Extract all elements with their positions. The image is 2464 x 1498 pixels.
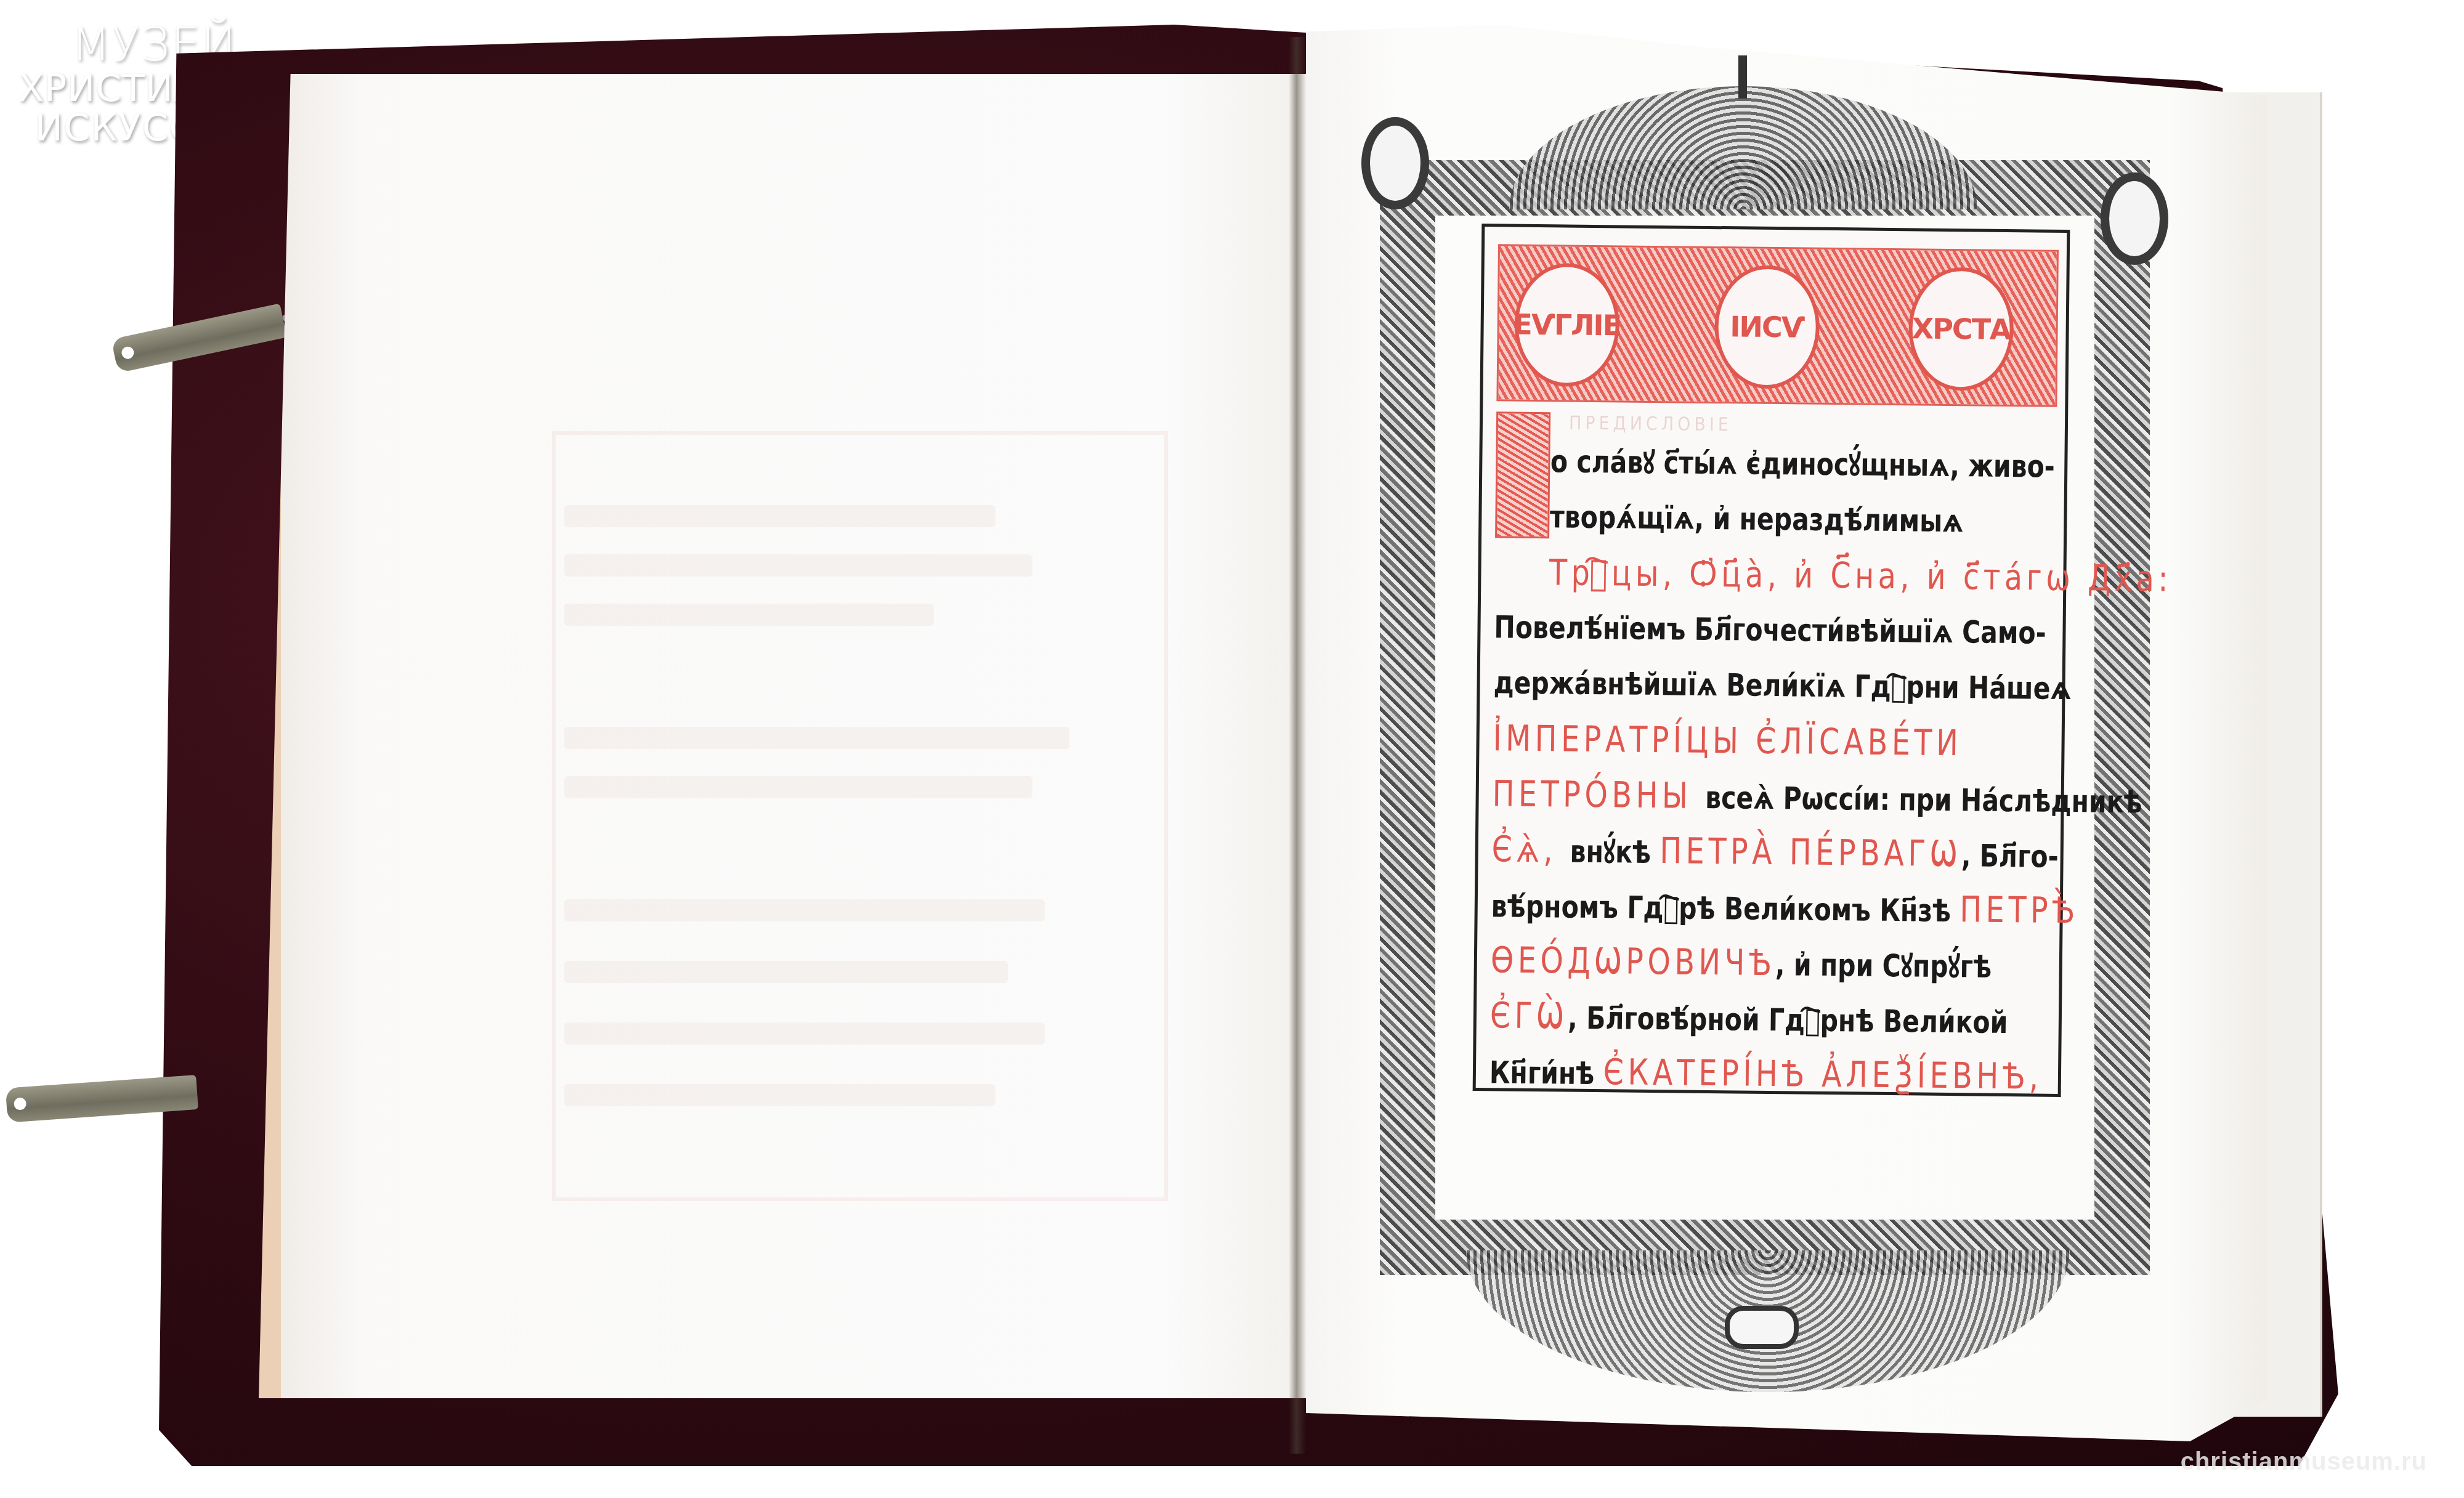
black-text: , Бл҃го- (1961, 838, 2059, 875)
text-line: держа́внѣйшїѧ Вели́кїѧ Гдⷭ҇рни На́шеѧ (1493, 655, 2057, 716)
black-text: внꙋ́кѣ (1570, 834, 1660, 871)
corner-medallion-right (2101, 172, 2168, 265)
book-gutter (1289, 37, 1306, 1454)
show-through-line (564, 554, 1032, 577)
text-line: о сла́вꙋ с҃ты́ѧ є҆диносꙋ́щныѧ, живо- (1496, 433, 2060, 495)
text-line: Повелѣ́нїемъ Бл҃гочести́вѣйшїѧ Само- (1494, 599, 2058, 661)
black-text: о сла́вꙋ с҃ты́ѧ є҆диносꙋ́щныѧ, живо- (1550, 443, 2056, 485)
black-text: держа́внѣйшїѧ Вели́кїѧ Гдⷭ҇рни На́шеѧ (1493, 665, 2071, 706)
cross-finial-icon (1738, 55, 1747, 99)
rubric-text: І҆МПЕРАТРІ́ЦЫ Є҆ЛЇСАВЕ́ТИ (1493, 717, 1962, 764)
show-through-line (564, 776, 1032, 798)
site-watermark: christianmuseum.ru (2181, 1448, 2427, 1476)
text-line: вѣ́рномъ Гдⷭ҇рѣ Вели́комъ Кн҃зѣ ПЕТРѢ̀ (1491, 877, 2055, 938)
rubric-text: Є҆КАТЕРІ́НѢ А҆ЛЕѮІ́ЕВНѢ, (1603, 1051, 2043, 1097)
rubric-text: ПЕТРА̀ ПЕ́РВАГѠ (1660, 830, 1961, 875)
black-text: творѧ́щїѧ, и҆ нераздѣ́лимыѧ (1550, 499, 1964, 539)
black-text: всеѧ̀ Рѡссі́и: при На́слѣдникѣ (1705, 780, 2142, 820)
rubric-text: Трⷪ҇цы, Ѻ҆ц҃а̀, и҆ С҃на, и҆ с҃та́гѡ Дх҃а… (1549, 551, 2173, 600)
rubric-text: ПЕТРѢ̀ (1959, 888, 2079, 931)
text-line: Є҆ѧ̀, внꙋ́кѣ ПЕТРА̀ ПЕ́РВАГѠ, Бл҃го- (1491, 821, 2056, 883)
black-text: , Бл҃говѣ́рной Гдⷭ҇рнѣ Вели́кой (1568, 1000, 2008, 1040)
show-through-line (564, 505, 995, 527)
black-text: , и҆ при Сꙋпрꙋ́гѣ (1775, 947, 1992, 985)
body-text: о сла́вꙋ с҃ты́ѧ є҆диносꙋ́щныѧ, живо- тво… (1489, 433, 2060, 1104)
show-through-heading: ПРЕДИСЛОВІЕ (1569, 413, 1732, 436)
rubric-text: Є҆ѧ̀, (1491, 828, 1570, 870)
show-through-line (564, 961, 1008, 983)
text-line: Кн҃ги́нѣ Є҆КАТЕРІ́НѢ А҆ЛЕѮІ́ЕВНѢ, (1489, 1043, 2054, 1104)
black-text: вѣ́рномъ Гдⷭ҇рѣ Вели́комъ Кн҃зѣ (1491, 888, 1959, 929)
text-line: І҆МПЕРАТРІ́ЦЫ Є҆ЛЇСАВЕ́ТИ (1493, 710, 2057, 772)
show-through-line (564, 1084, 995, 1106)
show-through-line (564, 604, 934, 626)
left-page (259, 74, 1318, 1398)
text-panel: ЕѴГЛІЕ ІИСѴ ХРСТА ПРЕДИСЛОВІЕ о сла́вꙋ с… (1473, 224, 2070, 1097)
rubric-text: Є҆ГѠ̀ (1490, 994, 1568, 1037)
black-text: Кн҃ги́нѣ (1489, 1055, 1603, 1091)
show-through-line (564, 1022, 1045, 1045)
text-line: ПЕТРО́ВНЫ всеѧ̀ Рѡссі́и: при На́слѣдникѣ (1492, 766, 2056, 827)
show-through-line (564, 727, 1069, 749)
corner-medallion-left (1361, 117, 1429, 209)
rubric-text: ѲЕО́ДѠРОВИЧѢ (1491, 939, 1776, 984)
tailpiece-cartouche (1725, 1306, 1799, 1349)
show-through-line (564, 899, 1045, 921)
rubric-text: ПЕТРО́ВНЫ (1492, 772, 1705, 817)
text-line: ѲЕО́ДѠРОВИЧѢ, и҆ при Сꙋпрꙋ́гѣ (1490, 932, 2054, 994)
text-line: творѧ́щїѧ, и҆ нераздѣ́лимыѧ (1495, 488, 2059, 550)
black-text: Повелѣ́нїемъ Бл҃гочести́вѣйшїѧ Само- (1494, 609, 2046, 650)
text-line: Є҆ГѠ̀, Бл҃говѣ́рной Гдⷭ҇рнѣ Вели́кой (1489, 987, 2054, 1049)
text-line: Трⷪ҇цы, Ѻ҆ц҃а̀, и҆ С҃на, и҆ с҃та́гѡ Дх҃а… (1494, 544, 2059, 605)
